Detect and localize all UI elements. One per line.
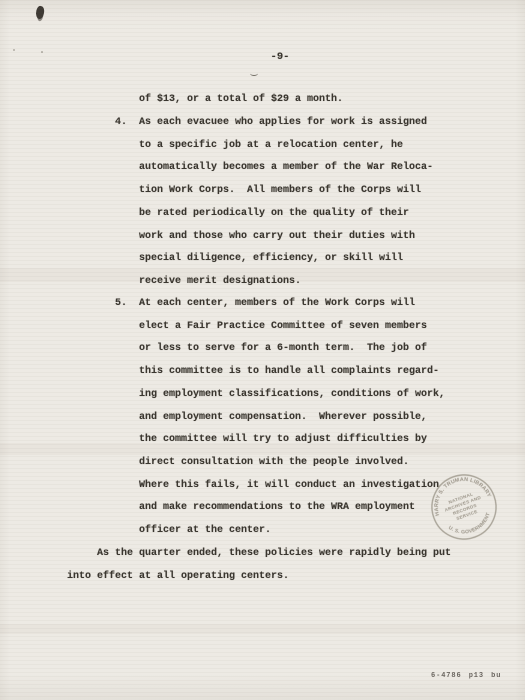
footer-code: 6-4786 p13 bu: [431, 672, 501, 680]
paragraph-continuation: of $13, or a total of $29 a month.: [139, 89, 343, 112]
list-number: 5.: [115, 293, 139, 543]
paper-speck: [41, 51, 43, 53]
document-page: -9- of $13, or a total of $29 a month. 4…: [0, 0, 525, 700]
numbered-item-5: 5. At each center, members of the Work C…: [115, 293, 469, 543]
ink-blot: [35, 5, 46, 20]
paper-speck: [13, 49, 15, 51]
list-item-text: At each center, members of the Work Corp…: [139, 293, 469, 543]
numbered-item-4: 4. As each evacuee who applies for work …: [115, 112, 469, 294]
scan-streak: [0, 624, 525, 634]
stray-mark: [250, 71, 258, 76]
list-number: 4.: [115, 112, 139, 294]
page-number: -9-: [250, 52, 310, 63]
list-item-text: As each evacuee who applies for work is …: [139, 112, 469, 294]
